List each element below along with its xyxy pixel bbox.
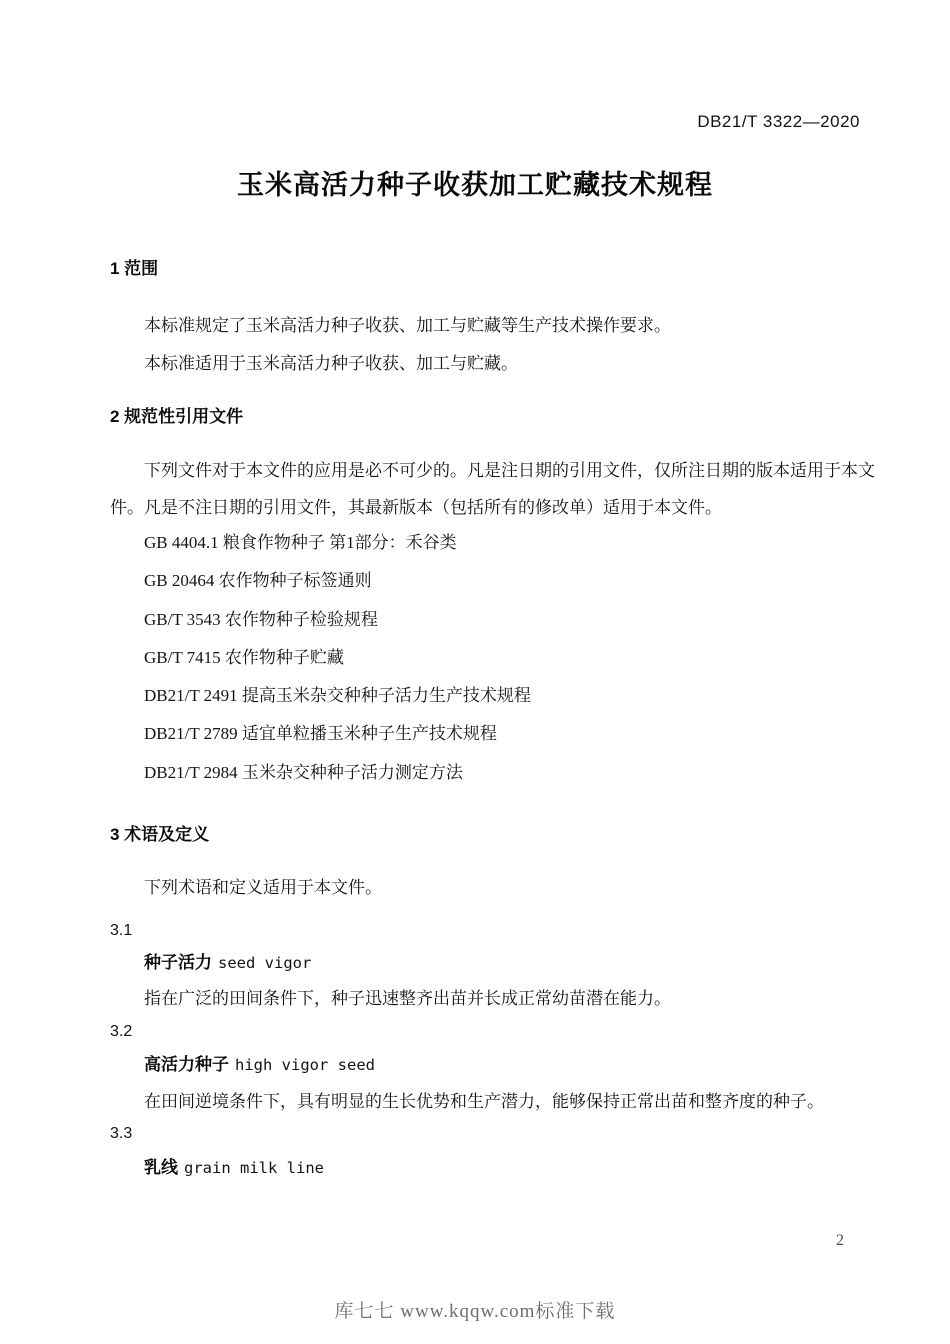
page-number: 2 — [836, 1232, 844, 1250]
reference-item: GB 20464 农作物种子标签通则 — [110, 562, 875, 600]
term-name-zh: 高活力种子 — [144, 1055, 229, 1074]
doc-number: DB21/T 3322—2020 — [697, 112, 860, 132]
term-name-en: seed vigor — [218, 954, 311, 972]
term-name-en: grain milk line — [184, 1159, 324, 1177]
reference-list: GB 4404.1 粮食作物种子 第1部分：禾谷类 GB 20464 农作物种子… — [110, 524, 875, 792]
term-title: 高活力种子high vigor seed — [110, 1050, 909, 1075]
section-1-heading: 1 范围 — [110, 254, 875, 279]
reference-item: DB21/T 2984 玉米杂交种种子活力测定方法 — [110, 754, 875, 792]
term-number: 3.2 — [110, 1023, 875, 1041]
term-number: 3.1 — [110, 922, 875, 940]
reference-item: DB21/T 2789 适宜单粒播玉米种子生产技术规程 — [110, 715, 875, 753]
reference-item: GB/T 3543 农作物种子检验规程 — [110, 601, 875, 639]
section-1-paragraph-1: 本标准规定了玉米高活力种子收获、加工与贮藏等生产技术操作要求。 — [110, 307, 875, 344]
term-definition: 指在广泛的田间条件下，种子迅速整齐出苗并长成正常幼苗潜在能力。 — [110, 984, 909, 1009]
reference-item: GB 4404.1 粮食作物种子 第1部分：禾谷类 — [110, 524, 875, 562]
section-1-paragraph-2: 本标准适用于玉米高活力种子收获、加工与贮藏。 — [110, 345, 875, 382]
section-3-heading: 3 术语及定义 — [110, 820, 875, 845]
term-number: 3.3 — [110, 1125, 875, 1143]
section-3-intro: 下列术语和定义适用于本文件。 — [110, 869, 875, 906]
term-name-en: high vigor seed — [235, 1056, 375, 1074]
term-title: 乳线grain milk line — [110, 1153, 909, 1178]
section-2-heading: 2 规范性引用文件 — [110, 402, 875, 427]
term-title: 种子活力seed vigor — [110, 948, 909, 973]
section-2-intro: 下列文件对于本文件的应用是必不可少的。凡是注日期的引用文件，仅所注日期的版本适用… — [110, 452, 875, 526]
term-definition: 在田间逆境条件下，具有明显的生长优势和生产潜力，能够保持正常出苗和整齐度的种子。 — [110, 1087, 909, 1112]
term-name-zh: 乳线 — [144, 1158, 178, 1177]
reference-item: GB/T 7415 农作物种子贮藏 — [110, 639, 875, 677]
document-page: DB21/T 3322—2020 玉米高活力种子收获加工贮藏技术规程 1 范围 … — [0, 0, 950, 1344]
watermark-text: 库七七 www.kqqw.com标准下载 — [0, 1296, 950, 1323]
term-name-zh: 种子活力 — [144, 953, 212, 972]
page-title: 玉米高活力种子收获加工贮藏技术规程 — [0, 163, 950, 202]
reference-item: DB21/T 2491 提高玉米杂交种种子活力生产技术规程 — [110, 677, 875, 715]
